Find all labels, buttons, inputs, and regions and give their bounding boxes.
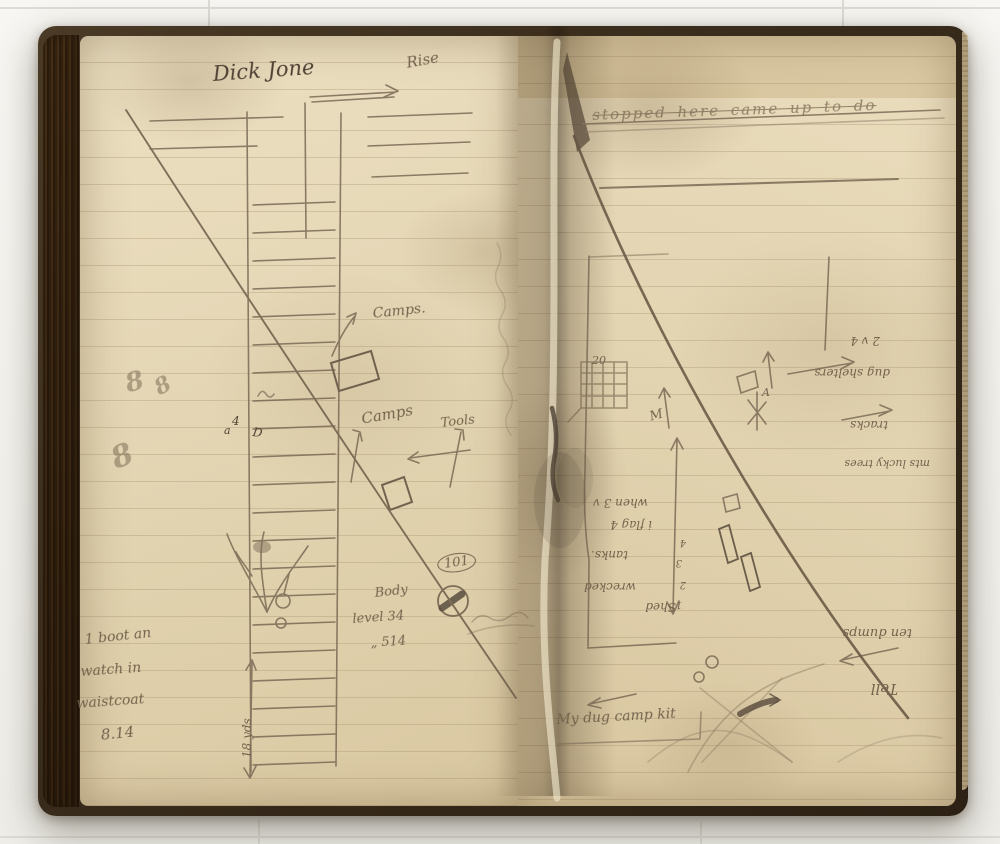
wall-tile-seam	[0, 7, 1000, 9]
notebook	[38, 26, 968, 816]
right-page	[518, 36, 956, 806]
wall-tile-seam	[0, 836, 1000, 838]
open-pages	[80, 36, 956, 806]
wall-tile-seam	[700, 822, 702, 844]
wall-tile-seam	[258, 820, 260, 844]
left-page	[80, 36, 518, 806]
page-edge	[962, 32, 968, 790]
photo-scene: Dick JoneRiseCamps.CampsTools101Bodyleve…	[0, 0, 1000, 844]
page-stack-edge	[43, 35, 79, 807]
